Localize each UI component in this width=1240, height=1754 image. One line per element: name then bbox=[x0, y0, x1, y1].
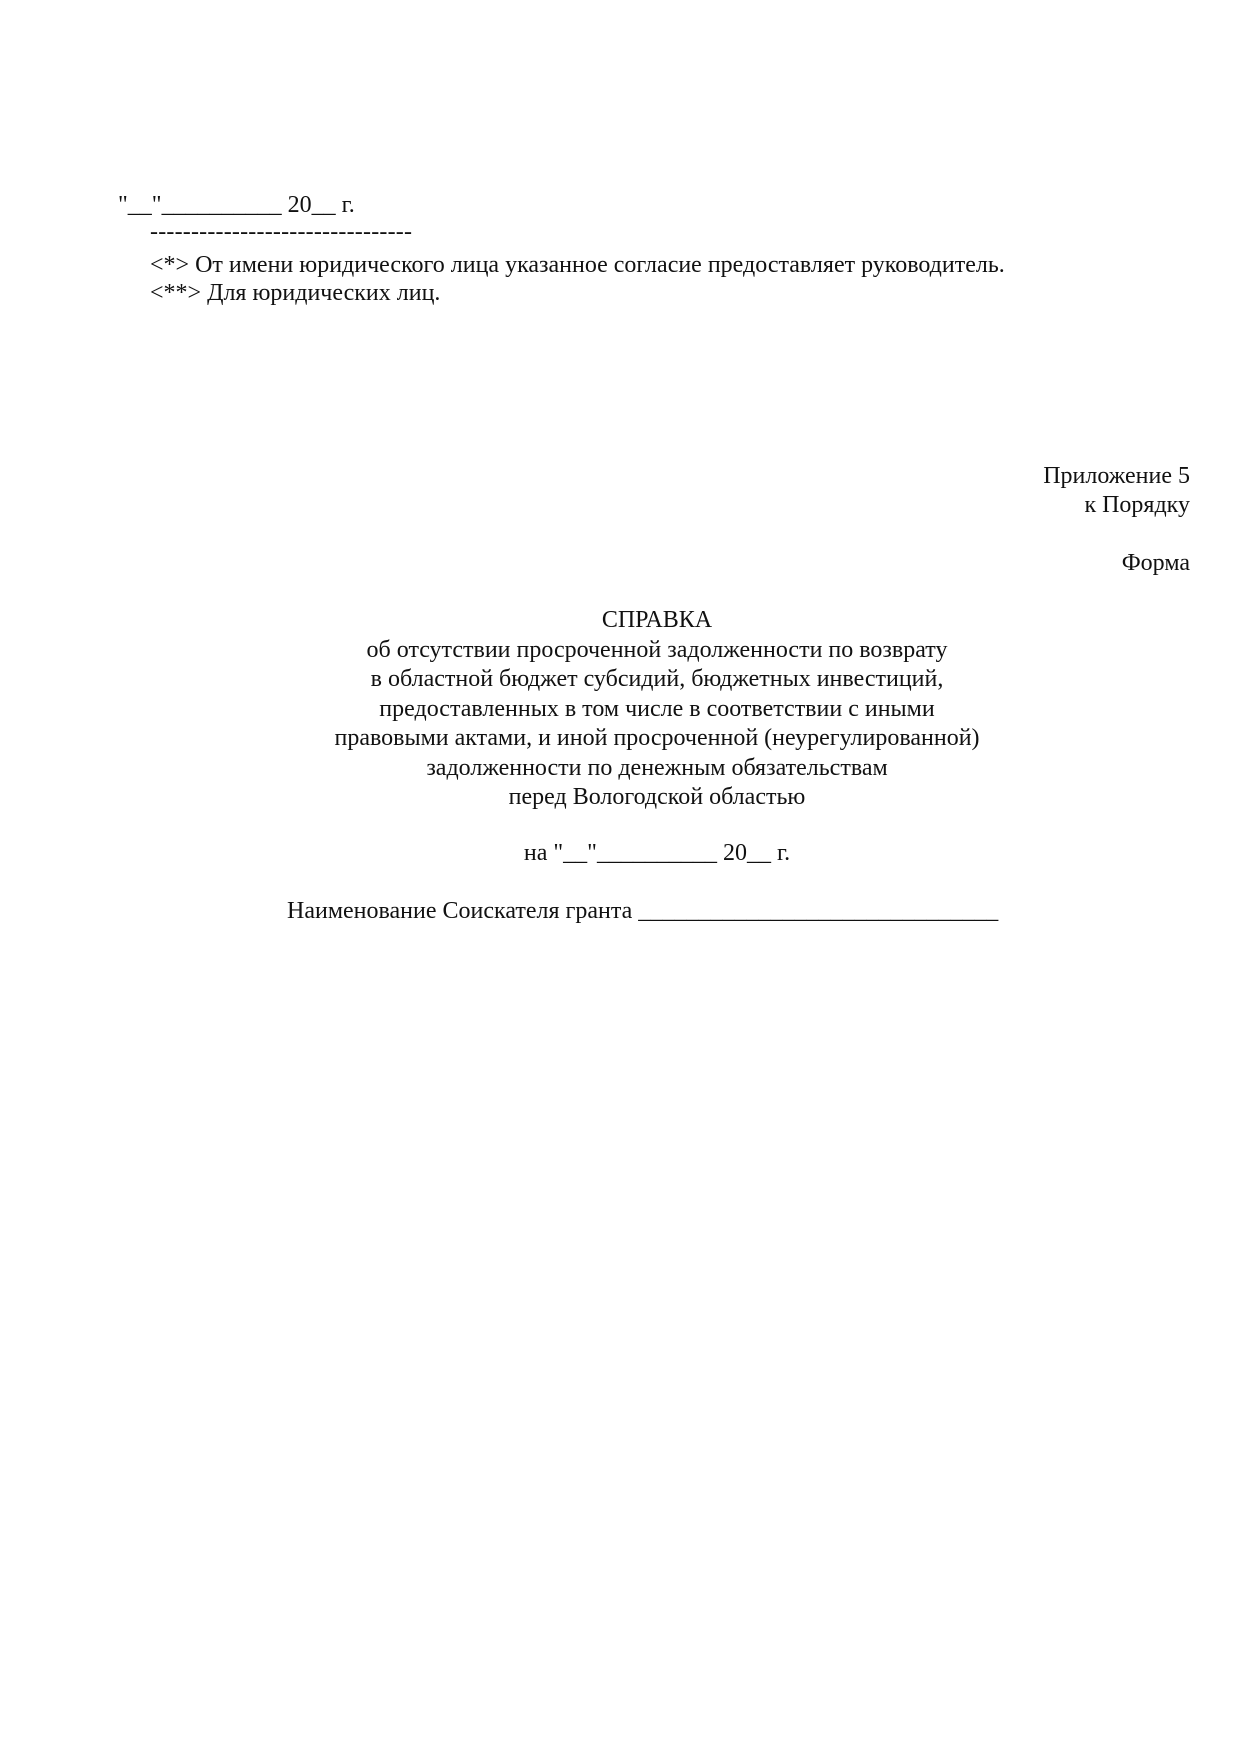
footnote-2: <**> Для юридических лиц. bbox=[150, 278, 440, 308]
appendix-number: Приложение 5 bbox=[1043, 462, 1190, 491]
appendix-reference: к Порядку bbox=[1043, 491, 1190, 520]
applicant-name-line: Наименование Соискателя гранта _________… bbox=[287, 896, 998, 926]
certificate-heading: СПРАВКА об отсутствии просроченной задол… bbox=[0, 606, 1240, 813]
appendix-header: Приложение 5 к Порядку Форма bbox=[1043, 462, 1190, 578]
certificate-subtitle-line: задолженности по денежным обязательствам bbox=[0, 754, 1240, 784]
applicant-name-blank: ______________________________ bbox=[638, 898, 998, 924]
certificate-subtitle-line: перед Вологодской областью bbox=[0, 783, 1240, 813]
footnote-1: <*> От имени юридического лица указанное… bbox=[150, 250, 1005, 280]
certificate-subtitle-line: об отсутствии просроченной задолженности… bbox=[0, 636, 1240, 666]
applicant-label: Наименование Соискателя гранта bbox=[287, 898, 632, 924]
certificate-date-line: на "__"__________ 20__ г. bbox=[0, 838, 1240, 868]
form-label: Форма bbox=[1043, 549, 1190, 578]
certificate-title: СПРАВКА bbox=[0, 606, 1240, 636]
certificate-subtitle-line: правовыми актами, и иной просроченной (н… bbox=[0, 724, 1240, 754]
spacer bbox=[1043, 520, 1190, 549]
certificate-subtitle-line: предоставленных в том числе в соответств… bbox=[0, 695, 1240, 725]
signature-date-line: "__"__________ 20__ г. bbox=[118, 190, 355, 220]
certificate-subtitle-line: в областной бюджет субсидий, бюджетных и… bbox=[0, 665, 1240, 695]
footnote-separator: -------------------------------- bbox=[150, 217, 412, 247]
